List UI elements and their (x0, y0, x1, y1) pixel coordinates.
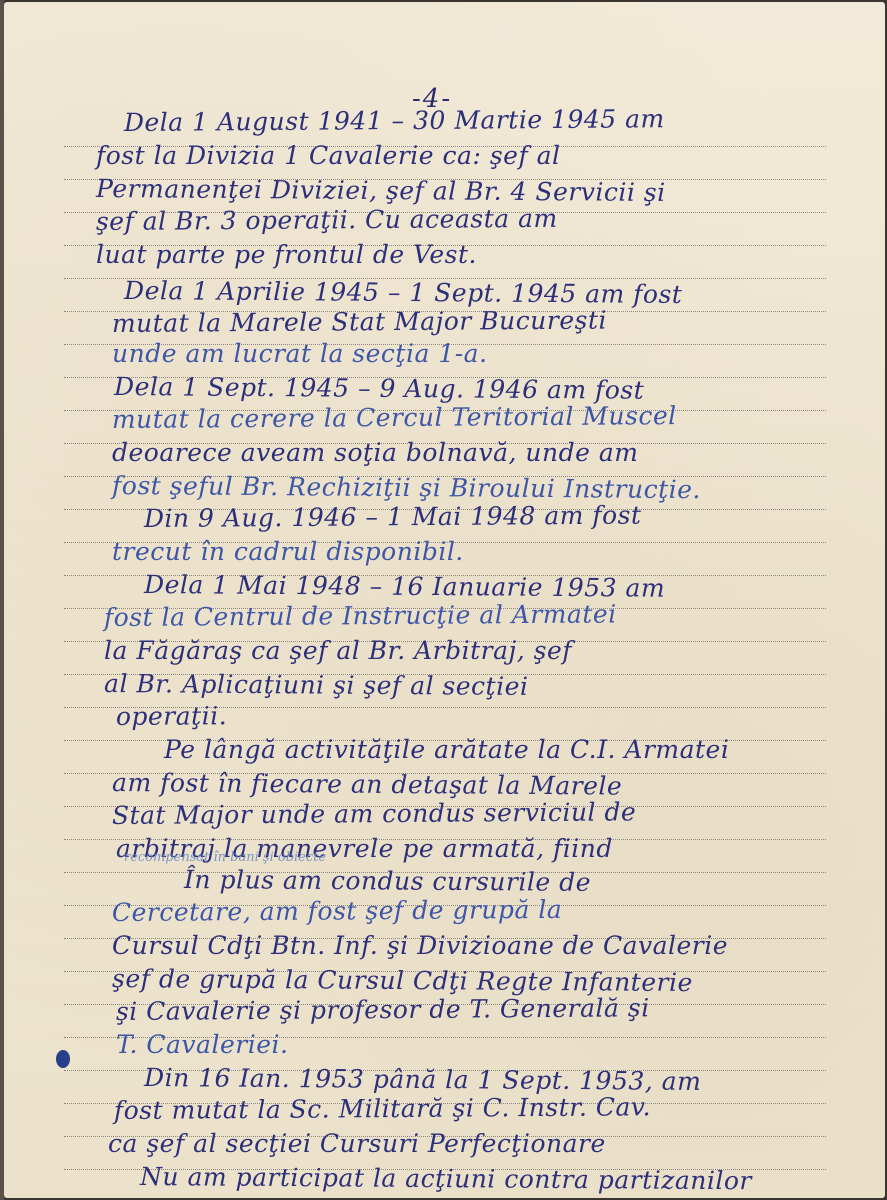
handwritten-line: Dela 1 Mai 1948 – 16 Ianuarie 1953 am (144, 570, 665, 603)
handwritten-line: mutat la cerere la Cercul Teritorial Mus… (112, 401, 677, 434)
handwritten-line: deoarece aveam soţia bolnavă, unde am (112, 438, 638, 467)
handwritten-line: am fost în fiecare an detaşat la Marele (112, 768, 622, 801)
handwritten-line: În plus am condus cursurile de (184, 865, 591, 897)
handwritten-line: Stat Major unde am condus serviciul de (112, 797, 637, 830)
handwritten-line: Din 9 Aug. 1946 – 1 Mai 1948 am fost (144, 501, 642, 533)
handwritten-line: ca şef al secţiei Cursuri Perfecţionare (108, 1129, 606, 1158)
handwritten-line: Nu am participat la acţiuni contra parti… (140, 1162, 752, 1195)
handwritten-line: Dela 1 August 1941 – 30 Martie 1945 am (124, 104, 665, 137)
handwritten-line: Dela 1 Sept. 1945 – 9 Aug. 1946 am fost (114, 372, 644, 405)
handwritten-line: fost la Centrul de Instrucţie al Armatei (104, 599, 617, 632)
handwritten-line: mutat la Marele Stat Major Bucureşti (112, 306, 607, 338)
ink-blot (56, 1050, 70, 1068)
handwritten-line: şef de grupă la Cursul Cdţi Regte Infant… (112, 964, 693, 997)
handwritten-line: Pe lângă activităţile arătate la C.I. Ar… (164, 735, 729, 764)
margin-annotation: recompensat în bani şi obiecte (124, 850, 326, 865)
notebook-page: -4- Dela 1 August 1941 – 30 Martie 1945 … (4, 2, 885, 1198)
handwritten-line: la Făgăraş ca şef al Br. Arbitraj, şef (104, 636, 572, 665)
handwritten-line: Permanenţei Diviziei, şef al Br. 4 Servi… (96, 174, 666, 207)
handwritten-line: Cercetare, am fost şef de grupă la (112, 895, 563, 927)
handwritten-line: T. Cavaleriei. (116, 1030, 288, 1059)
handwritten-line: şef al Br. 3 operaţii. Cu aceasta am (96, 204, 558, 236)
handwritten-line: Dela 1 Aprilie 1945 – 1 Sept. 1945 am fo… (124, 276, 683, 309)
handwritten-line: Cursul Cdţi Btn. Inf. şi Divizioane de C… (112, 931, 728, 960)
handwritten-line: fost la Divizia 1 Cavalerie ca: şef al (96, 141, 561, 170)
handwritten-line: operaţii. (116, 701, 227, 731)
handwritten-line: fost şeful Br. Rechiziţii şi Biroului In… (112, 471, 701, 504)
handwritten-line: trecut în cadrul disponibil. (112, 537, 464, 566)
handwritten-line: Din 16 Ian. 1953 până la 1 Sept. 1953, a… (144, 1063, 701, 1096)
handwritten-line: al Br. Aplicaţiuni şi şef al secţiei (104, 669, 529, 701)
handwritten-line: fost mutat la Sc. Militară şi C. Instr. … (114, 1092, 651, 1125)
handwritten-line: unde am lucrat la secţia 1-a. (112, 339, 488, 368)
handwritten-line: luat parte pe frontul de Vest. (96, 240, 477, 269)
handwritten-line: şi Cavalerie şi profesor de T. Generală … (116, 993, 650, 1026)
